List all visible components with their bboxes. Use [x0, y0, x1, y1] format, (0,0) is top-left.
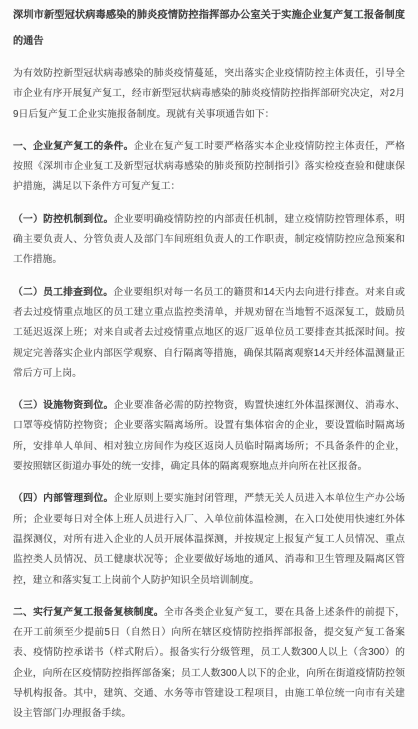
item-4-heading: （四）内部管理到位。	[13, 493, 114, 504]
item-1-heading: （一）防控机制到位。	[13, 214, 114, 225]
section-1-conditions: 一、企业复产复工的条件。企业在复产复工时要严格落实本企业疫情防控主体责任，严格按…	[13, 137, 405, 198]
item-2-heading: （二）员工排查到位。	[13, 287, 113, 298]
item-1-prevention-mechanism: （一）防控机制到位。企业要明确疫情防控的内部责任机制，建立疫情防控管理体系，明确…	[13, 210, 405, 271]
section-2-heading: 二、实行复产复工报备复核制度。	[13, 607, 164, 618]
item-3-heading: （三）设施物资到位。	[13, 400, 114, 411]
item-3-facilities-supplies: （三）设施物资到位。企业要准备必需的防控物资，购置快速红外体温探测仪、消毒水、口…	[13, 396, 405, 477]
notice-document: 深圳市新型冠状病毒感染的肺炎疫情防控指挥部办公室关于实施企业复产复工报备制度的通…	[0, 0, 418, 729]
item-2-employee-screening: （二）员工排查到位。企业要组织对每一名员工的籍贯和14天内去向进行排查。对来自或…	[13, 283, 405, 384]
item-4-internal-management: （四）内部管理到位。企业原则上要实施封闭管理，严禁无关人员进入本单位生产办公场所…	[13, 489, 405, 590]
item-2-body: 企业要组织对每一名员工的籍贯和14天内去向进行排查。对来自或者去过疫情重点地区的…	[13, 287, 405, 379]
intro-paragraph: 为有效防控新型冠状病毒感染的肺炎疫情蔓延，突出落实企业疫情防控主体责任，引导全市…	[13, 64, 405, 125]
section-1-heading: 一、企业复产复工的条件。	[13, 141, 134, 152]
section-2-body: 全市各类企业复产复工，要在具备上述条件的前提下，在开工前须至少提前5日（自然日）…	[13, 607, 405, 719]
document-title: 深圳市新型冠状病毒感染的肺炎疫情防控指挥部办公室关于实施企业复产复工报备制度的通…	[13, 3, 405, 55]
section-2-filing-system: 二、实行复产复工报备复核制度。全市各类企业复产复工，要在具备上述条件的前提下，在…	[13, 603, 405, 725]
item-4-body: 企业原则上要实施封闭管理，严禁无关人员进入本单位生产办公场所；企业要每日对全体上…	[13, 493, 405, 585]
